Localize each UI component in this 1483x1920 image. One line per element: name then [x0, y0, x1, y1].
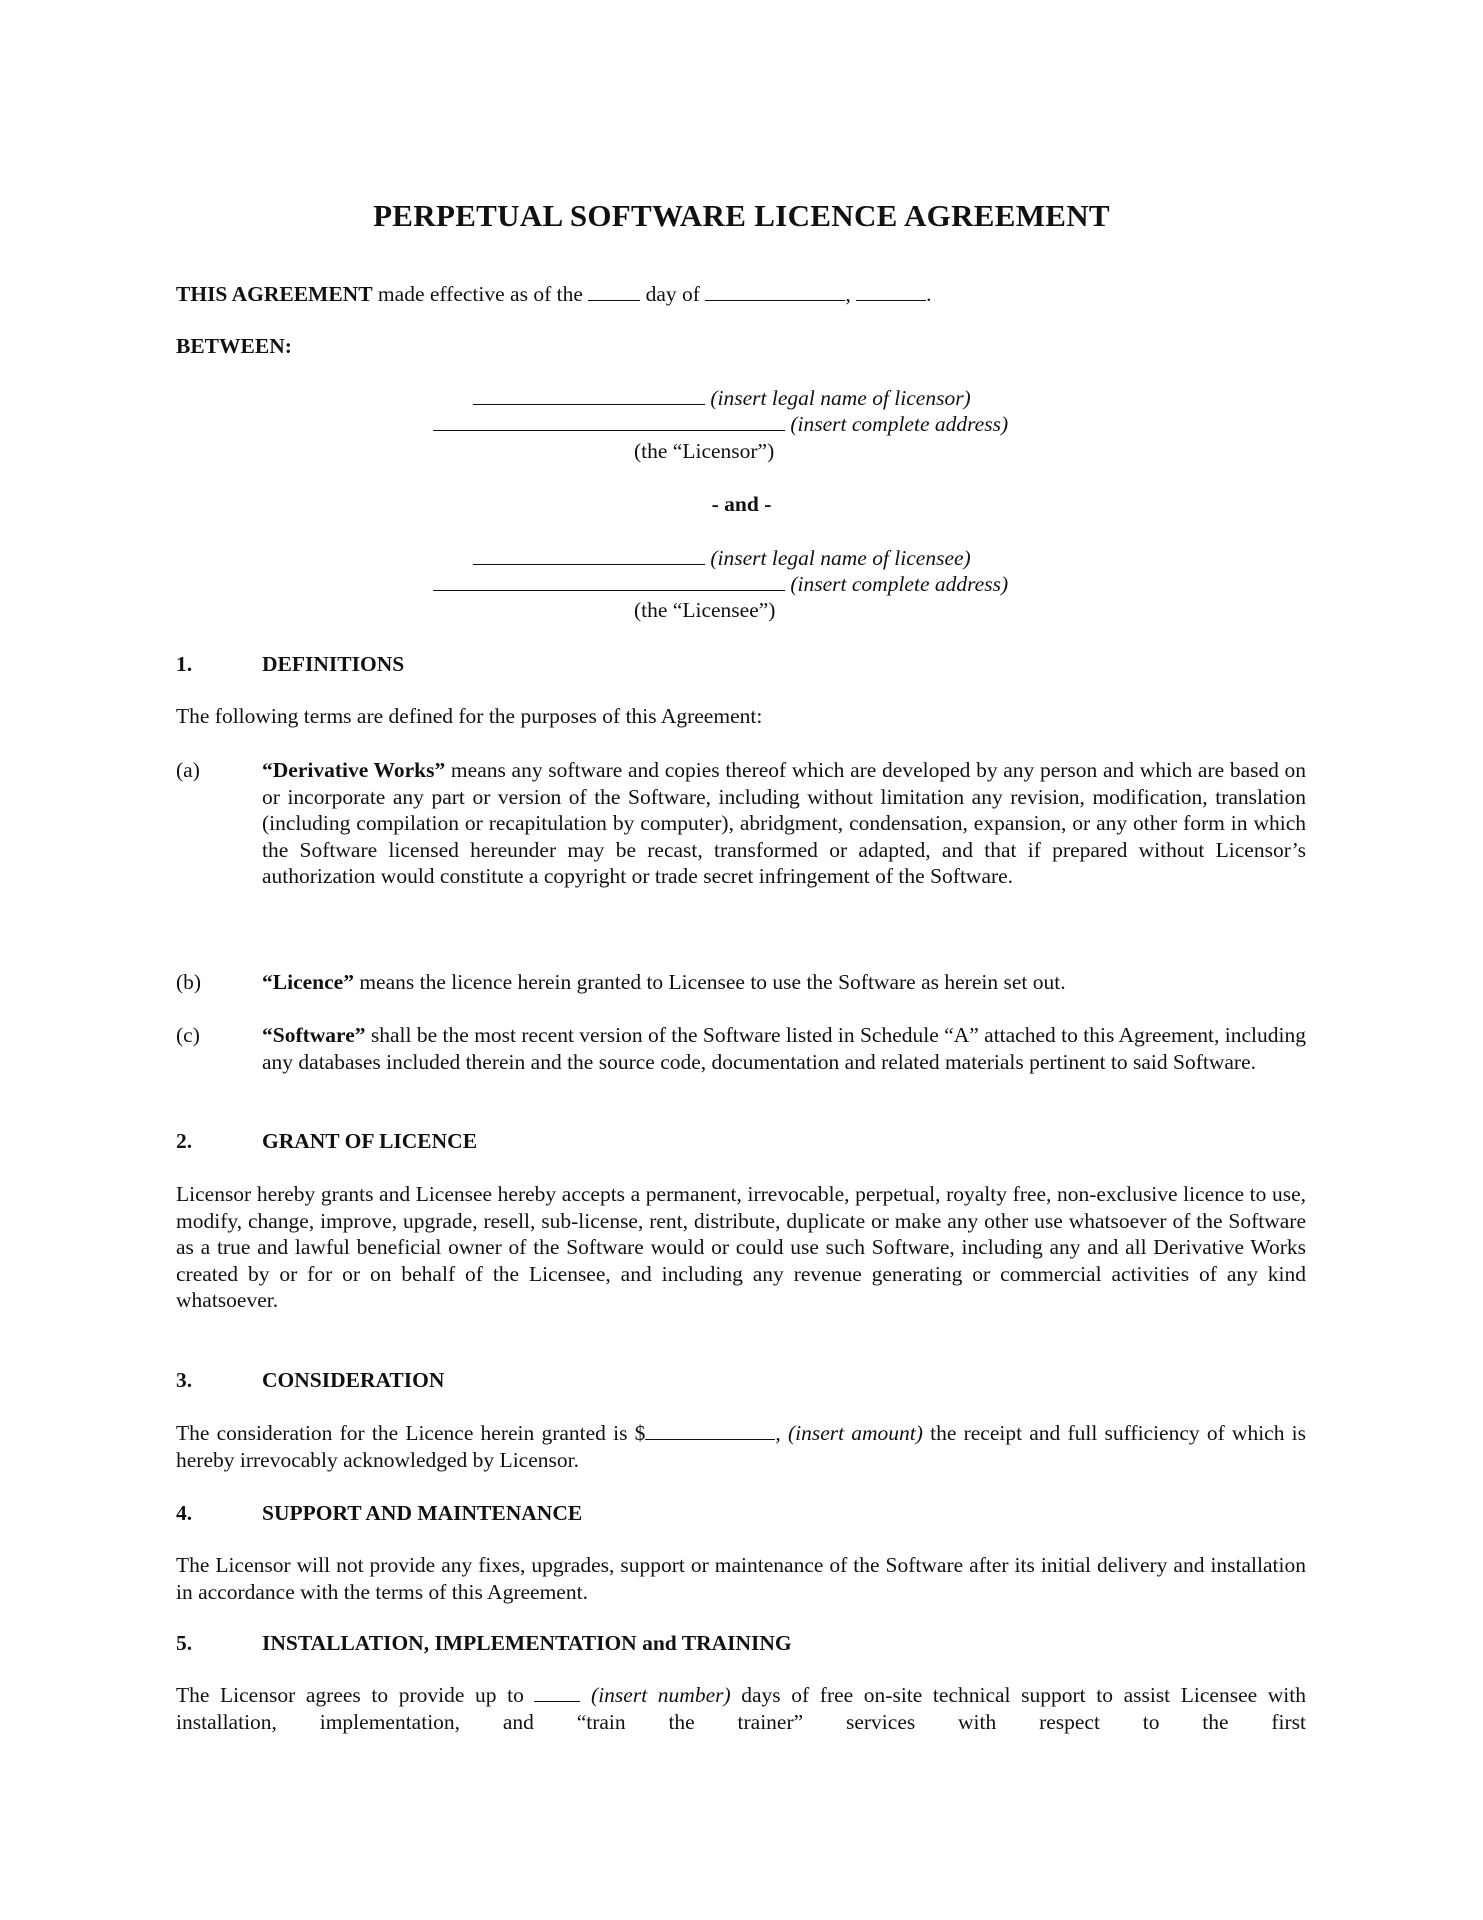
licensee-name-line: (insert legal name of licensee): [473, 545, 971, 572]
section-4-text: The Licensor will not provide any fixes,…: [176, 1552, 1306, 1605]
document-title: PERPETUAL SOFTWARE LICENCE AGREEMENT: [0, 198, 1483, 234]
and-separator: - and -: [0, 491, 1483, 518]
definitions-intro: The following terms are defined for the …: [176, 703, 1306, 730]
licensee-defined-as: (the “Licensee”): [634, 597, 775, 624]
defined-term: “Derivative Works”: [262, 758, 445, 782]
section-4-heading: 4.SUPPORT AND MAINTENANCE: [176, 1500, 582, 1527]
licensee-address-line: (insert complete address): [433, 571, 1008, 598]
defined-term: “Licence”: [262, 970, 354, 994]
licensor-defined-as: (the “Licensor”): [634, 438, 774, 465]
licensor-name-blank[interactable]: [473, 386, 705, 405]
section-5-text: The Licensor agrees to provide up to (in…: [176, 1682, 1306, 1735]
amount-blank[interactable]: [645, 1421, 775, 1440]
section-2-heading: 2.GRANT OF LICENCE: [176, 1128, 477, 1155]
section-1-heading: 1.DEFINITIONS: [176, 651, 404, 678]
licensee-address-blank[interactable]: [433, 572, 785, 591]
licensor-address-line: (insert complete address): [433, 411, 1008, 438]
day-blank[interactable]: [588, 282, 640, 301]
section-3-text: The consideration for the Licence herein…: [176, 1420, 1306, 1473]
year-blank[interactable]: [856, 282, 926, 301]
section-3-heading: 3.CONSIDERATION: [176, 1367, 444, 1394]
month-blank[interactable]: [705, 282, 845, 301]
between-label: BETWEEN:: [176, 333, 292, 360]
licensee-name-blank[interactable]: [473, 546, 705, 565]
licensor-name-line: (insert legal name of licensor): [473, 385, 971, 412]
defined-term: “Software”: [262, 1023, 366, 1047]
days-blank[interactable]: [534, 1683, 580, 1702]
licensor-address-blank[interactable]: [433, 412, 785, 431]
agreement-lead: THIS AGREEMENT: [176, 282, 373, 306]
effective-date-line: THIS AGREEMENT made effective as of the …: [176, 281, 931, 308]
section-5-heading: 5.INSTALLATION, IMPLEMENTATION and TRAIN…: [176, 1630, 792, 1657]
document-page: PERPETUAL SOFTWARE LICENCE AGREEMENT THI…: [0, 0, 1483, 1920]
section-2-text: Licensor hereby grants and Licensee here…: [176, 1181, 1306, 1314]
